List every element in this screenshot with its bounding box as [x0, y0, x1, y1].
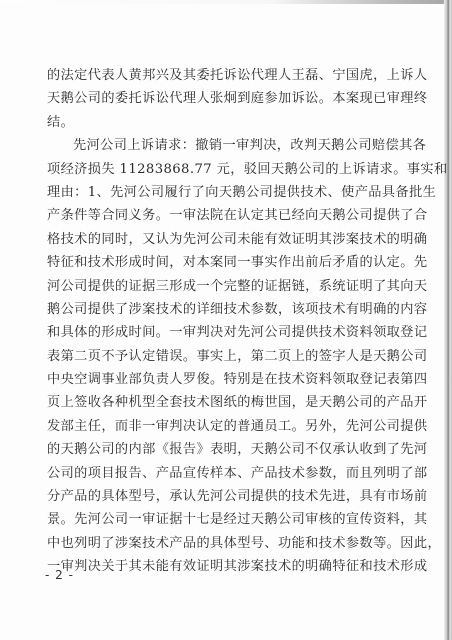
text-line: 河公司提供的证据三形成一个完整的证据链，系统证明了其向天: [47, 275, 387, 298]
text-line: 天鹅公司的委托诉讼代理人张炯到庭参加诉讼。本案现已审理终: [47, 87, 387, 110]
text-line: 产条件等合同义务。一审法院在认定其已经向天鹅公司提供了合: [47, 204, 387, 227]
text-line: 结。: [47, 111, 387, 134]
text-line: 中也列明了涉案技术产品的具体型号、功能和技术参数等。因此，: [47, 532, 387, 555]
text-line: 特征和技术形成时间，对本案同一事实作出前后矛盾的认定。先: [47, 251, 387, 274]
text-line: 的天鹅公司的内部《报告》表明，天鹅公司不仅承认收到了先河: [47, 438, 387, 461]
paragraph-start-line: 先河公司上诉请求：撤销一审判决，改判天鹅公司赔偿其各: [47, 134, 387, 157]
text-line: 景。先河公司一审证据十七是经过天鹅公司审核的宣传资料，其: [47, 508, 387, 531]
text-line: 一审判决关于其未能有效证明其涉案技术的明确特征和技术形成: [47, 555, 387, 578]
text-line: 公司的项目报告、产品宣传样本、产品技术参数，而且列明了部: [47, 462, 387, 485]
text-line: 表第二页不予认定错误。事实上，第二页上的签字人是天鹅公司: [47, 345, 387, 368]
text-line: 鹅公司提供了涉案技术的详细技术参数，该项技术有明确的内容: [47, 298, 387, 321]
text-line: 格技术的同时，又认为先河公司未能有效证明其涉案技术的明确: [47, 228, 387, 251]
text-line: 发部主任，而非一审判决认定的普通员工。另外，先河公司提供: [47, 415, 387, 438]
text-line: 项经济损失 11283868.77 元，驳回天鹅公司的上诉请求。事实和: [47, 158, 387, 181]
page-top-shadow: [0, 0, 452, 4]
page-number: - 2 -: [45, 568, 74, 582]
document-page: 的法定代表人黄邦兴及其委托诉讼代理人王磊、宁国虎，上诉人 天鹅公司的委托诉讼代理…: [0, 0, 452, 640]
text-line: 分产品的具体型号，承认先河公司提供的技术先进，具有市场前: [47, 485, 387, 508]
text-line: 的法定代表人黄邦兴及其委托诉讼代理人王磊、宁国虎，上诉人: [47, 64, 387, 87]
text-line: 页上签收各种机型全套技术图纸的梅世国，是天鹅公司的产品开: [47, 391, 387, 414]
page-right-edge: [444, 0, 452, 640]
text-line: 中央空调事业部负责人罗俊。特别是在技术资料领取登记表第四: [47, 368, 387, 391]
document-body: 的法定代表人黄邦兴及其委托诉讼代理人王磊、宁国虎，上诉人 天鹅公司的委托诉讼代理…: [47, 64, 387, 579]
text-line: 和具体的形成时间。一审判决对先河公司提供技术资料领取登记: [47, 321, 387, 344]
text-line: 理由：1、先河公司履行了向天鹅公司提供技术、使产品具备批生: [47, 181, 387, 204]
